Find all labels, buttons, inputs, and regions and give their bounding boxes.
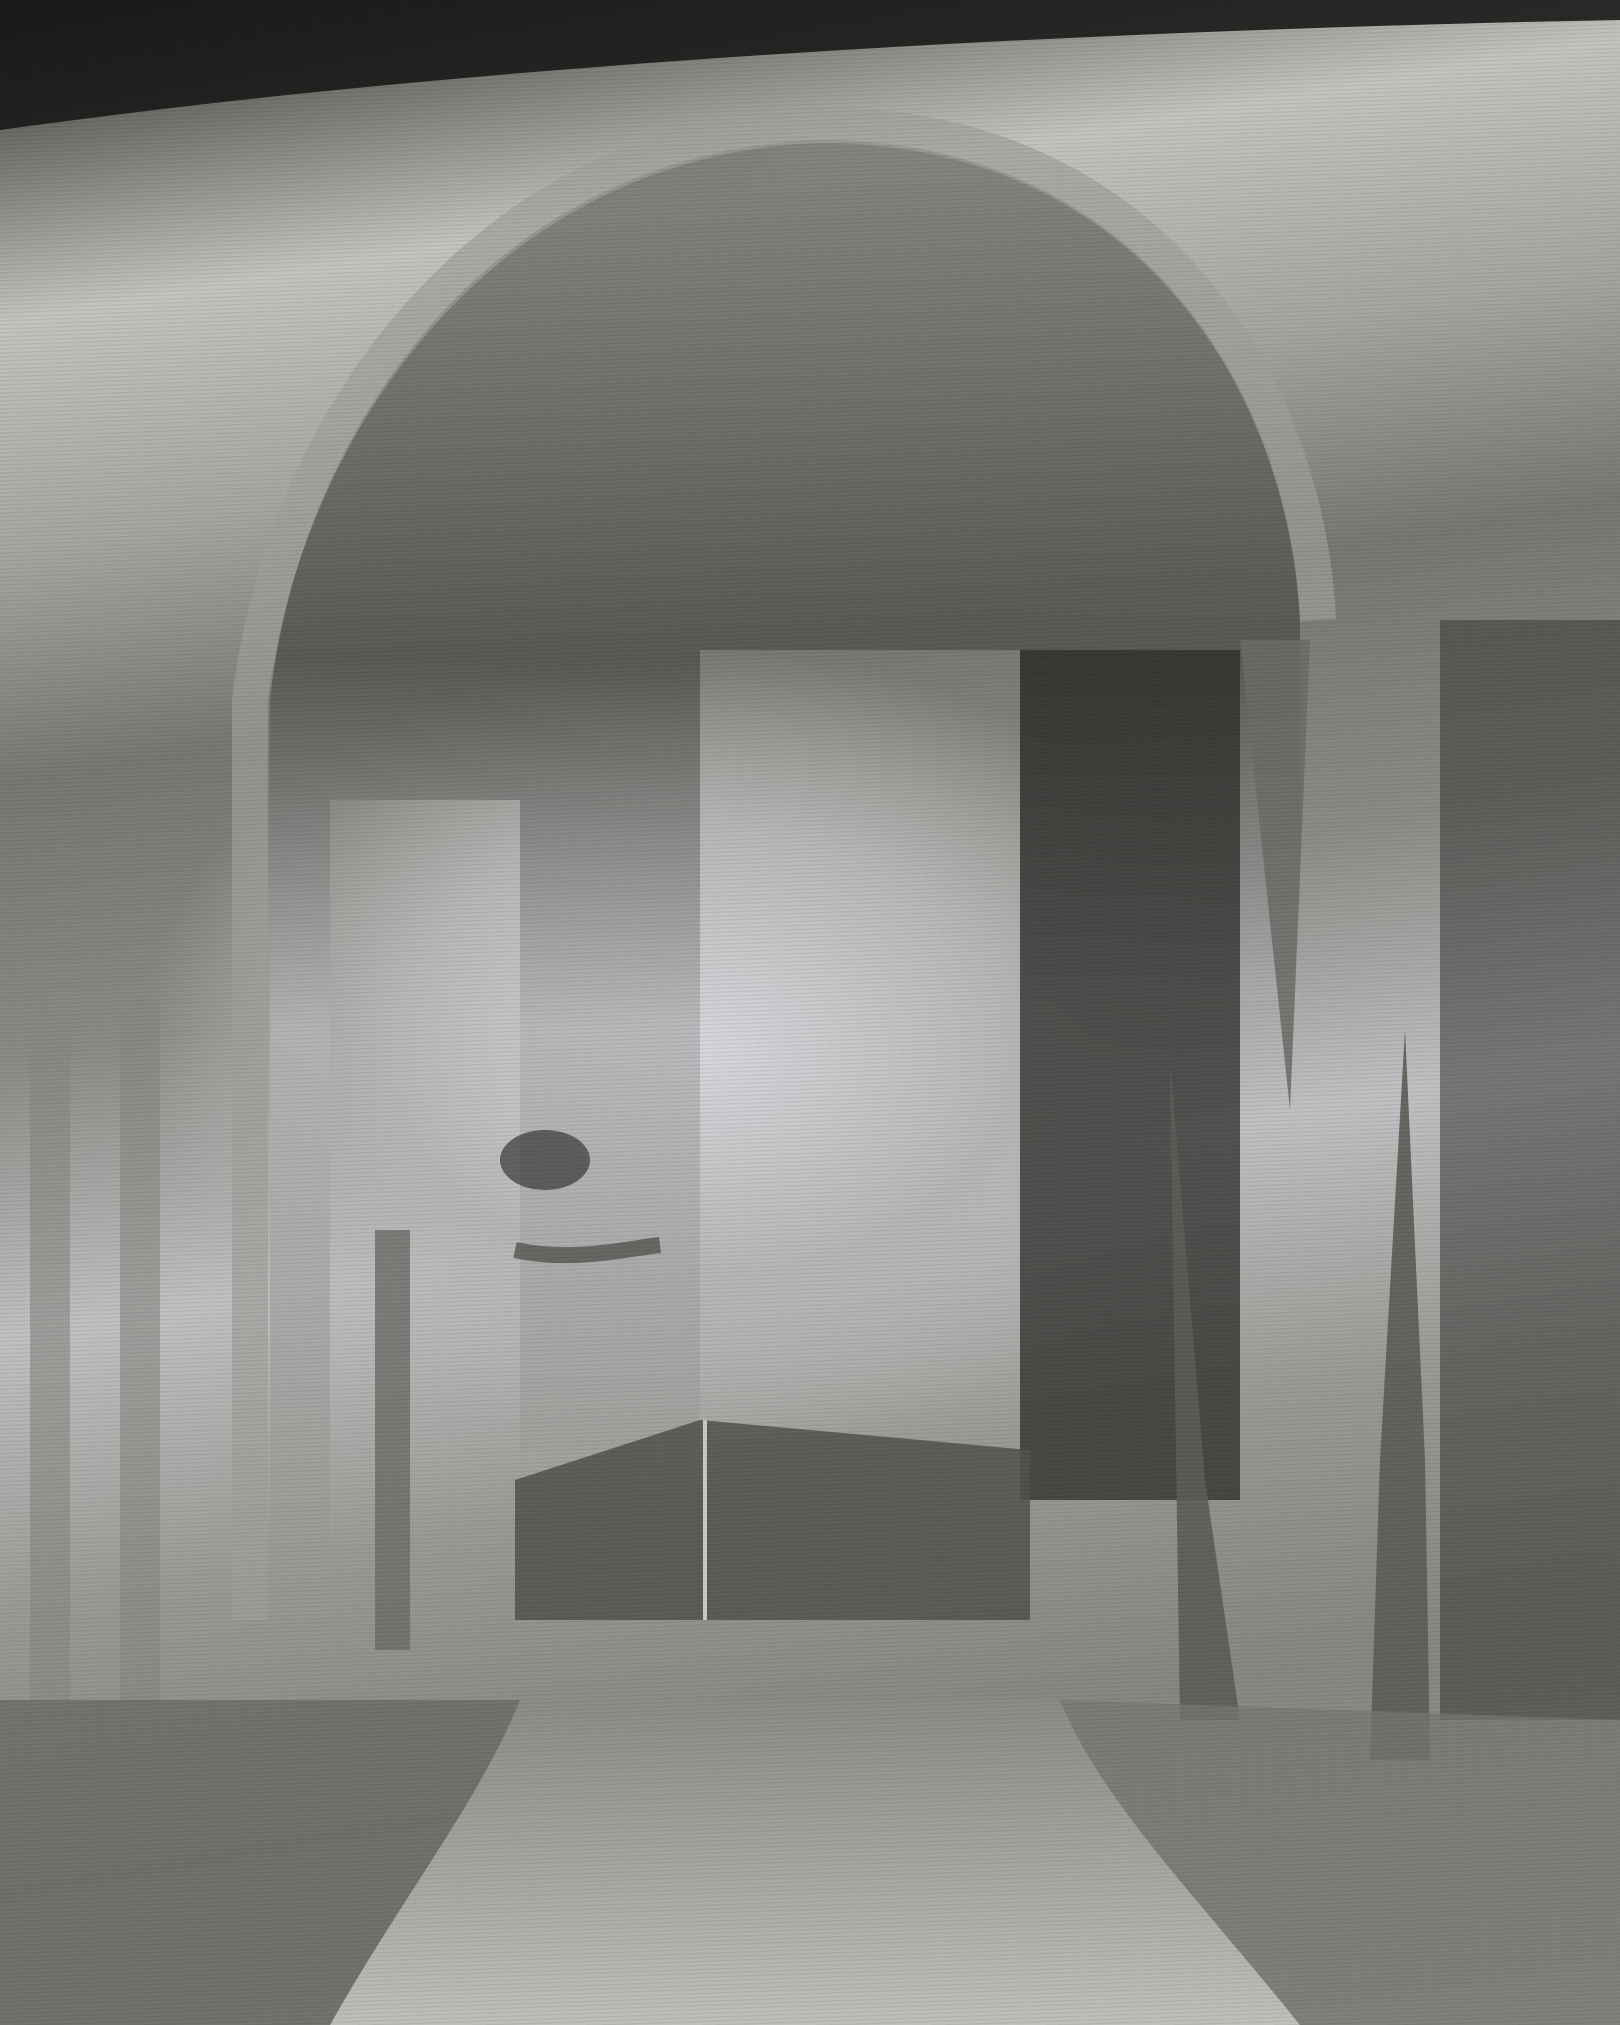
left-pillar-2: [120, 1000, 160, 1700]
left-pillar-1: [30, 1000, 70, 1700]
spire-right: [1370, 1030, 1430, 1760]
artwork-canvas: Monochrome silver-and-black screen-print…: [0, 0, 1620, 2025]
left-pillar-3: [375, 1230, 410, 1650]
dark-mark-lower: [515, 1245, 660, 1255]
artwork-scene: [0, 0, 1620, 2025]
dark-mark: [500, 1130, 590, 1190]
right-lower-wall: [1440, 620, 1620, 1720]
dark-window: [1020, 650, 1240, 1500]
